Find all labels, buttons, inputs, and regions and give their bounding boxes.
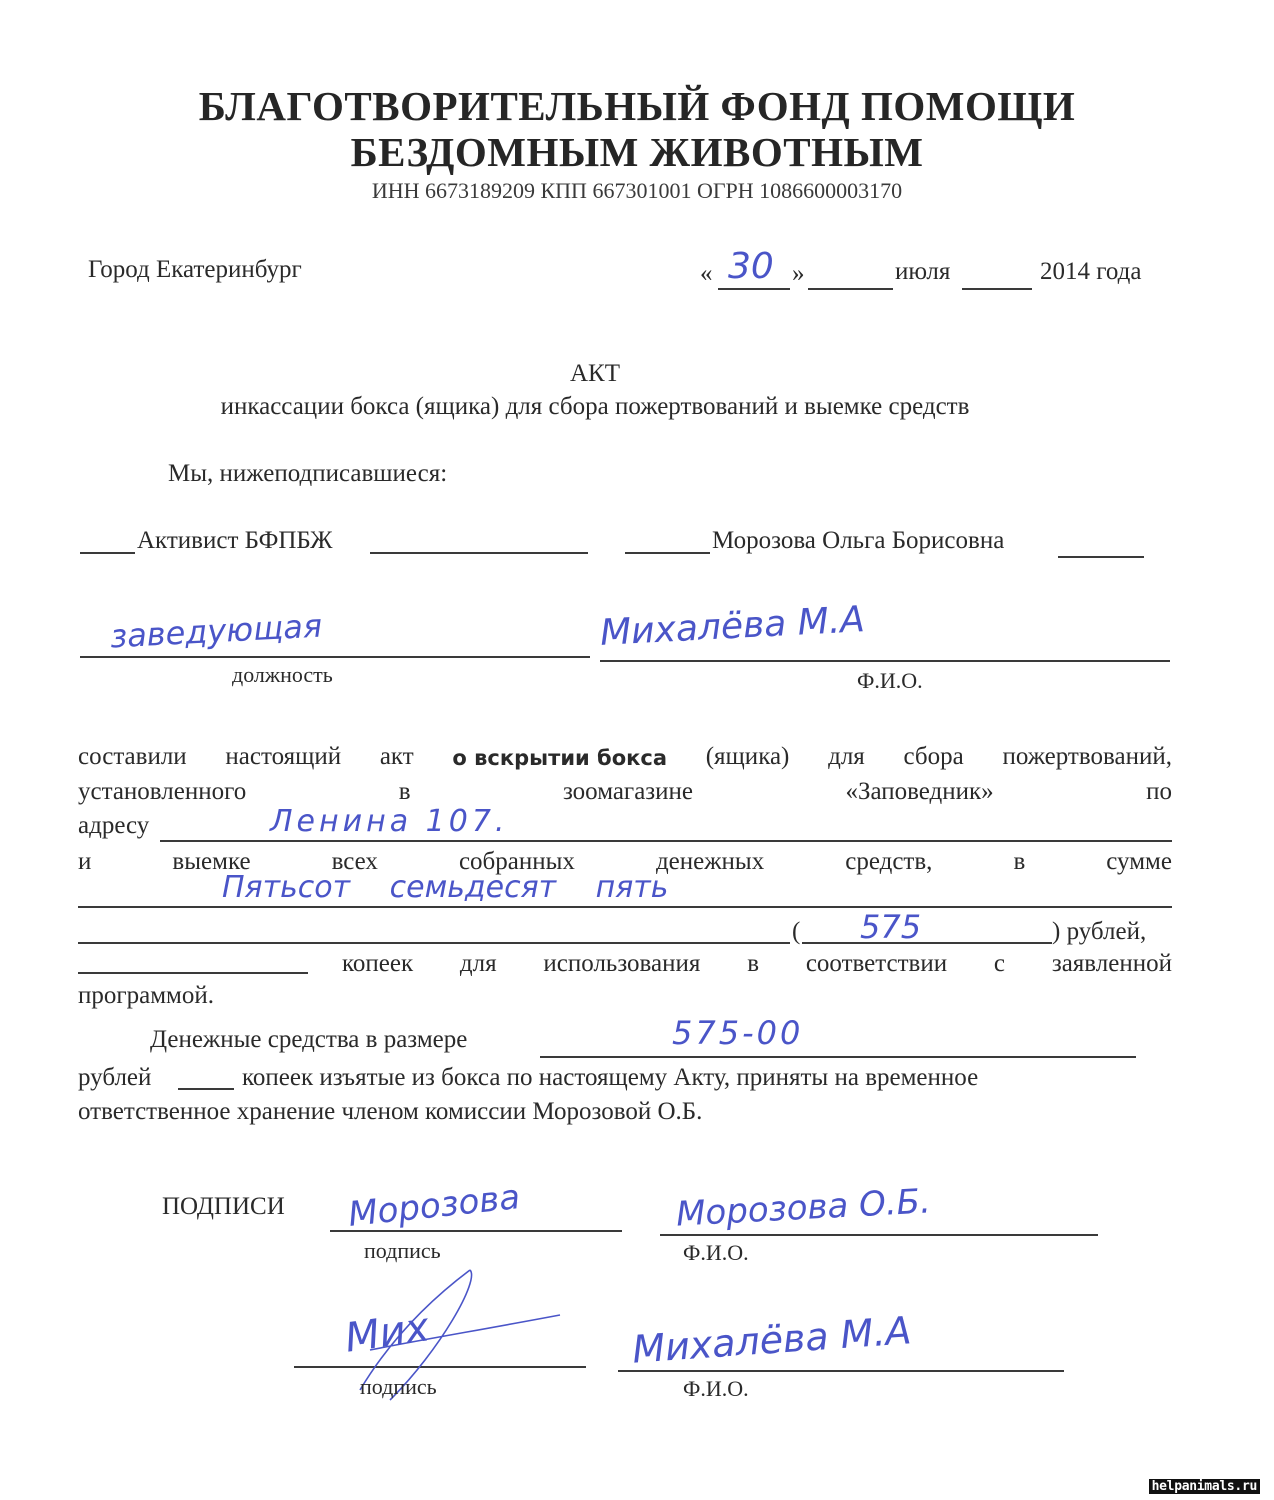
month-blank-right: [962, 288, 1032, 290]
kopecks-line: [78, 972, 308, 974]
body-line-7: копеек для использования в соответствии …: [342, 950, 1172, 978]
position-caption: должность: [232, 662, 333, 688]
name-handwritten: Михалёва М.А: [599, 599, 866, 654]
party1-blank-left: [80, 552, 135, 554]
year: 2014 года: [1040, 258, 1141, 286]
intro: Мы, нижеподписавшиеся:: [168, 460, 447, 488]
party1-blank-right: [370, 552, 588, 554]
party1: Активист БФПБЖ: [137, 527, 333, 555]
paren-open: (: [792, 918, 800, 946]
address-handwritten: Ленина 107.: [270, 804, 508, 839]
sig1-name-caption: Ф.И.О.: [683, 1240, 749, 1266]
position-line: [80, 656, 590, 658]
name-line: [600, 660, 1170, 662]
party2-blank-right: [1058, 556, 1144, 558]
amount-words-line: [78, 906, 1172, 908]
amount-digits-handwritten: 575: [860, 908, 921, 946]
custody-label: Денежные средства в размере: [150, 1026, 467, 1054]
sig2-name: Михалёва М.А: [631, 1308, 913, 1371]
sig1-name: Морозова О.Б.: [675, 1181, 932, 1234]
name-caption: Ф.И.О.: [857, 668, 923, 694]
amount-digits-line: [802, 942, 1052, 944]
sig1-signature: Морозова: [346, 1177, 522, 1235]
body-line-2: установленного в зоомагазине «Заповедник…: [78, 778, 1172, 806]
custody-rubles: рублей: [78, 1064, 151, 1092]
month: июля: [895, 258, 950, 286]
position-handwritten: заведующая: [109, 606, 323, 655]
amount-words-handwritten: Пятьсот семьдесят пять: [222, 870, 668, 905]
act-subtitle: инкассации бокса (ящика) для сбора пожер…: [0, 393, 1190, 421]
day-blank: [718, 288, 790, 290]
day-handwritten: 30: [728, 246, 774, 287]
watermark: helpanimals.ru: [1149, 1479, 1260, 1494]
date-quote-open: «: [700, 260, 713, 288]
custody-amount-handwritten: 575-00: [672, 1014, 803, 1052]
org-requisites: ИНН 6673189209 КПП 667301001 ОГРН 108660…: [0, 178, 1274, 204]
act-title: АКТ: [0, 360, 1190, 388]
paren-close-rubles: ) рублей,: [1052, 918, 1146, 946]
sig2-caption: подпись: [360, 1374, 437, 1400]
custody-line-3: ответственное хранение членом комиссии М…: [78, 1098, 702, 1126]
sig2-name-caption: Ф.И.О.: [683, 1376, 749, 1402]
body-line-8: программой.: [78, 982, 214, 1010]
custody-kopecks-blank: [178, 1088, 234, 1090]
city: Город Екатеринбург: [88, 256, 302, 284]
custody-amount-line: [540, 1056, 1136, 1058]
address-label: адресу: [78, 812, 149, 840]
body-line-1: составили настоящий акт о вскрытии бокса…: [78, 743, 1172, 771]
party2-blank-left: [625, 552, 710, 554]
sig2-name-line: [618, 1370, 1064, 1372]
month-blank-left: [808, 288, 893, 290]
date-quote-close: »: [792, 260, 805, 288]
party2: Морозова Ольга Борисовна: [712, 527, 1004, 555]
emphasis: о вскрытии бокса: [452, 746, 667, 774]
signatures-label: ПОДПИСИ: [162, 1193, 285, 1221]
sig1-name-line: [660, 1234, 1098, 1236]
org-name-line2: БЕЗДОМНЫМ ЖИВОТНЫМ: [0, 128, 1274, 176]
org-name-line1: БЛАГОТВОРИТЕЛЬНЫЙ ФОНД ПОМОЩИ: [0, 82, 1274, 130]
amount-words-line-2: [78, 942, 790, 944]
address-line: [160, 840, 1172, 842]
custody-line-2: копеек изъятые из бокса по настоящему Ак…: [242, 1064, 978, 1092]
